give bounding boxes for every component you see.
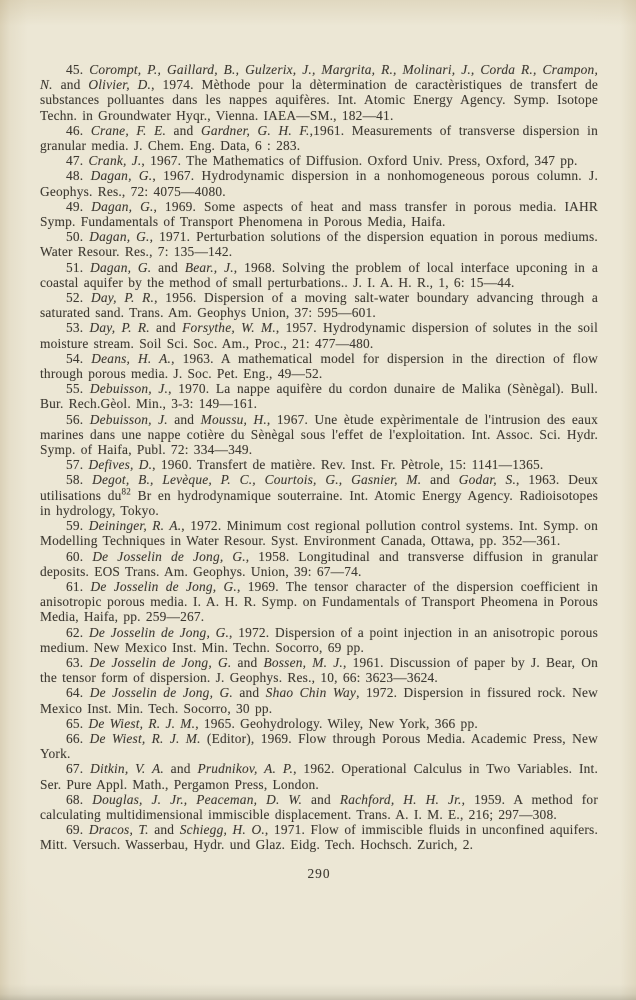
reference-number: 64. [66,685,90,700]
reference-text: and [151,260,185,275]
reference-number: 49. [66,199,91,214]
reference-number: 60. [66,549,92,564]
reference-text: and [164,761,198,776]
reference-entry: 54. Deans, H. A., 1963. A mathematical m… [40,351,598,381]
reference-text: , 1960. Transfert de matière. Rev. Inst.… [152,457,543,472]
author-names: Moussu, H. [201,412,267,427]
reference-entry: 63. De Josselin de Jong, G. and Bossen, … [40,655,598,685]
page-number: 290 [40,866,598,881]
reference-entry: 46. Crane, F. E. and Gardner, G. H. F.,1… [40,123,598,153]
references-list: 45. Corompt, P., Gaillard, B., Gulzerix,… [40,62,598,853]
author-names: Dagan, G. [89,229,149,244]
reference-entry: 69. Dracos, T. and Schiegg, H. O., 1971.… [40,822,598,852]
reference-text: , 1967. The Mathematics of Diffusion. Ox… [141,153,577,168]
reference-text: and [168,412,201,427]
reference-text: and [149,822,180,837]
author-names: Prudnikov, A. P. [197,761,293,776]
reference-text: and [166,123,201,138]
author-names: Douglas, J. Jr., Peaceman, D. W. [92,792,302,807]
reference-number: 66. [66,731,90,746]
author-names: Defives, D. [89,457,153,472]
reference-number: 48. [66,168,91,183]
reference-number: 63. [66,655,89,670]
reference-number: 45. [66,62,89,77]
reference-entry: 66. De Wiest, R. J. M. (Editor), 1969. F… [40,731,598,761]
reference-entry: 67. Ditkin, V. A. and Prudnikov, A. P., … [40,761,598,791]
author-names: De Josselin de Jong, G. [89,655,231,670]
reference-entry: 55. Debuisson, J., 1970. La nappe aquifè… [40,381,598,411]
author-names: Dagan, G. [91,199,153,214]
reference-number: 58. [66,472,92,487]
author-names: De Wiest, R. J. M. [90,731,201,746]
reference-text: and [53,77,89,92]
author-names: Deans, H. A. [91,351,171,366]
author-names: Crank, J. [89,153,142,168]
reference-entry: 53. Day, P. R. and Forsythe, W. M., 1957… [40,320,598,350]
reference-entry: 49. Dagan, G., 1969. Some aspects of hea… [40,199,598,229]
author-names: Dagan, G. [90,260,151,275]
reference-number: 46. [66,123,91,138]
reference-number: 54. [66,351,91,366]
author-names: Schiegg, H. O. [180,822,265,837]
reference-text: and [150,320,182,335]
reference-number: 57. [66,457,89,472]
reference-number: 53. [66,320,90,335]
reference-entry: 64. De Josselin de Jong, G. and Shao Chi… [40,685,598,715]
reference-number: 51. [66,260,90,275]
reference-text: , 1965. Geohydrology. Wiley, New York, 3… [195,716,478,731]
author-names: Bear., J. [185,260,234,275]
author-names: Dracos, T. [89,822,149,837]
reference-entry: 62. De Josselin de Jong, G., 1972. Dispe… [40,625,598,655]
author-names: Godar, S. [459,472,516,487]
reference-number: 50. [66,229,89,244]
reference-text: and [233,685,266,700]
author-names: Rachford, H. H. Jr. [340,792,462,807]
author-names: Dagan, G. [91,168,153,183]
author-names: Debuisson, J. [90,412,168,427]
author-names: De Josselin de Jong, G. [90,685,233,700]
author-names: Forsythe, W. M. [182,320,276,335]
reference-text: and [231,655,263,670]
author-names: Day, P. R. [91,290,154,305]
reference-text: 82 [122,486,132,496]
author-names: Bossen, M. J. [263,655,342,670]
reference-entry: 50. Dagan, G., 1971. Perturbation soluti… [40,229,598,259]
reference-text: and [421,472,458,487]
scanned-book-page: 45. Corompt, P., Gaillard, B., Gulzerix,… [0,0,636,1000]
author-names: Debuisson, J. [90,381,168,396]
reference-entry: 68. Douglas, J. Jr., Peaceman, D. W. and… [40,792,598,822]
reference-number: 67. [66,761,90,776]
reference-entry: 59. Deininger, R. A., 1972. Minimum cost… [40,518,598,548]
author-names: Gardner, G. H. F. [201,123,310,138]
author-names: Ditkin, V. A. [90,761,164,776]
reference-entry: 51. Dagan, G. and Bear., J., 1968. Solvi… [40,260,598,290]
reference-entry: 45. Corompt, P., Gaillard, B., Gulzerix,… [40,62,598,123]
reference-number: 59. [66,518,89,533]
author-names: De Josselin de Jong, G. [89,625,229,640]
reference-entry: 57. Defives, D., 1960. Transfert de mati… [40,457,598,472]
reference-entry: 52. Day, P. R., 1956. Dispersion of a mo… [40,290,598,320]
reference-number: 52. [66,290,91,305]
author-names: Day, P. R. [90,320,150,335]
author-names: Deininger, R. A. [89,518,182,533]
reference-number: 56. [66,412,90,427]
reference-number: 61. [66,579,91,594]
reference-number: 69. [66,822,89,837]
reference-number: 55. [66,381,90,396]
reference-number: 68. [66,792,92,807]
author-names: De Josselin de Jong, G. [92,549,245,564]
reference-number: 65. [66,716,89,731]
author-names: De Josselin de Jong, G. [91,579,237,594]
reference-entry: 48. Dagan, G., 1967. Hydrodynamic disper… [40,168,598,198]
reference-entry: 56. Debuisson, J. and Moussu, H., 1967. … [40,412,598,458]
reference-number: 62. [66,625,89,640]
reference-entry: 47. Crank, J., 1967. The Mathematics of … [40,153,598,168]
author-names: Degot, B., Levèque, P. C., Courtois, G.,… [92,472,421,487]
reference-entry: 58. Degot, B., Levèque, P. C., Courtois,… [40,472,598,518]
reference-text: and [302,792,340,807]
reference-entry: 61. De Josselin de Jong, G., 1969. The t… [40,579,598,625]
author-names: Olivier, D. [88,77,151,92]
author-names: Crane, F. E. [91,123,166,138]
reference-entry: 60. De Josselin de Jong, G., 1958. Longi… [40,549,598,579]
reference-entry: 65. De Wiest, R. J. M., 1965. Geohydrolo… [40,716,598,731]
reference-number: 47. [66,153,89,168]
author-names: Shao Chin Way [266,685,356,700]
author-names: De Wiest, R. J. M. [89,716,196,731]
